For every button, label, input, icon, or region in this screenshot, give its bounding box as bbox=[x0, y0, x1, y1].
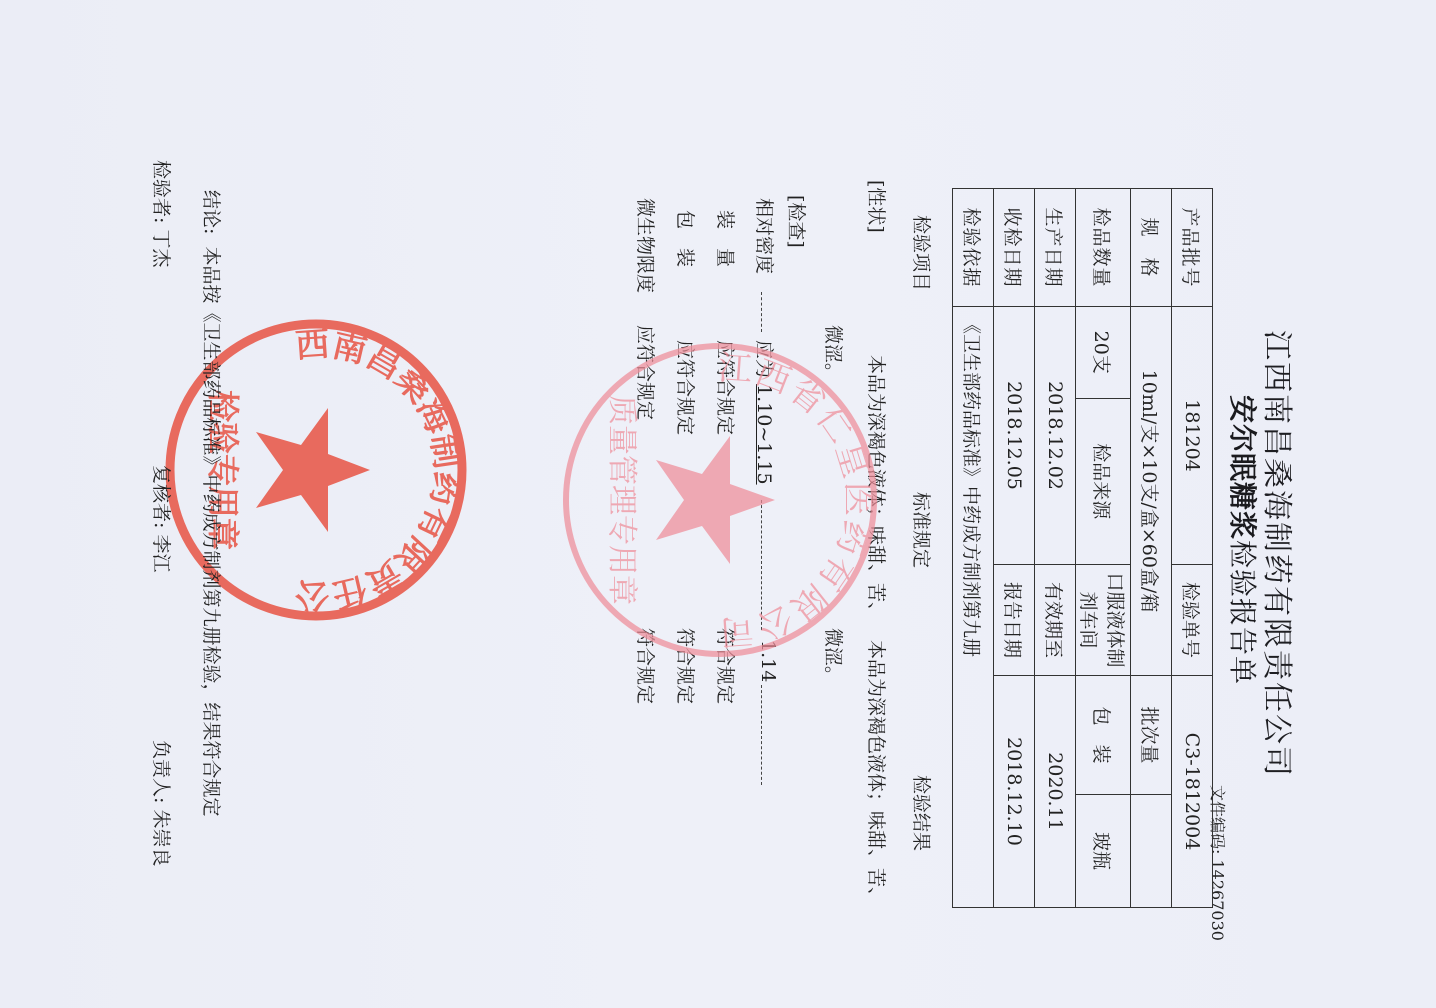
character-result: 本品为深褐色液体；味甜、苦、 bbox=[864, 640, 891, 906]
packaging-item: 包 装 bbox=[673, 210, 700, 267]
reviewer-signature: 复核者: 李江 bbox=[149, 465, 176, 572]
svg-text:质量管理专用章: 质量管理专用章 bbox=[604, 395, 639, 605]
product-name: 安尔眠糖浆 bbox=[1226, 395, 1259, 540]
reviewer-label: 复核者: bbox=[150, 465, 172, 528]
lot-size-value bbox=[1131, 795, 1172, 908]
conclusion-label: 结论: bbox=[200, 190, 222, 234]
table-row: 规 格 10ml/支×10支/盒×60盒/箱 批次量 bbox=[1131, 189, 1172, 908]
sample-source-value: 口服液体制剂车间 bbox=[1076, 565, 1131, 676]
conclusion-text: 本品按《卫生部药品标准》中药成方制剂第九册检验，结果符合规定 bbox=[200, 246, 222, 816]
manager-label: 负责人: bbox=[150, 740, 172, 803]
inspector-name: 丁杰 bbox=[150, 229, 172, 267]
company-name: 江西南昌桑海制药有限责任公司 bbox=[1258, 330, 1302, 778]
sample-source-label: 检品来源 bbox=[1076, 398, 1131, 565]
report-title: 安尔眠糖浆检验报告单 bbox=[1224, 395, 1264, 685]
report-no-label: 检验单号 bbox=[1172, 565, 1213, 676]
inspector-signature: 检验者: 丁杰 bbox=[149, 160, 176, 267]
product-info-table: 产品批号 181204 检验单号 C3-1812004 规 格 10ml/支×1… bbox=[952, 188, 1213, 908]
spec-label: 规 格 bbox=[1131, 189, 1172, 307]
density-dash-right bbox=[761, 685, 762, 785]
manager-name: 朱崇良 bbox=[150, 809, 172, 866]
section-inspection: [检查] bbox=[784, 195, 811, 248]
lot-size-label: 批次量 bbox=[1131, 676, 1172, 795]
batch-no-value: 181204 bbox=[1172, 307, 1213, 565]
table-row: 产品批号 181204 检验单号 C3-1812004 bbox=[1172, 189, 1213, 908]
fill-volume-item: 装 量 bbox=[713, 210, 740, 267]
basis-label: 检验依据 bbox=[953, 189, 994, 307]
microbial-item: 微生物限度 bbox=[633, 198, 660, 293]
inspection-report-page: 江西南昌桑海制药有限责任公司 安尔眠糖浆检验报告单 文件编码: 14267030… bbox=[0, 0, 1436, 1008]
inspector-label: 检验者: bbox=[150, 160, 172, 223]
report-date-label: 报告日期 bbox=[994, 565, 1035, 676]
report-date-value: 2018.12.10 bbox=[994, 676, 1035, 908]
production-date-label: 生产日期 bbox=[1035, 189, 1076, 307]
manager-signature: 负责人: 朱崇良 bbox=[149, 740, 176, 866]
quality-stamp: 江西省仁皇医药有限公司 质量管理专用章 bbox=[560, 340, 880, 660]
density-item: 相对密度 bbox=[752, 198, 779, 274]
conclusion: 结论: 本品按《卫生部药品标准》中药成方制剂第九册检验，结果符合规定 bbox=[199, 190, 226, 816]
expiry-value: 2020.11 bbox=[1035, 676, 1076, 908]
reviewer-name: 李江 bbox=[150, 534, 172, 572]
table-row: 检验依据 《卫生部药品标准》中药成方制剂第九册 bbox=[953, 189, 994, 908]
quality-stamp-graphic: 江西省仁皇医药有限公司 质量管理专用章 bbox=[560, 340, 880, 660]
col-item-header: 检验项目 bbox=[909, 215, 936, 291]
spec-value: 10ml/支×10支/盒×60盒/箱 bbox=[1131, 307, 1172, 676]
density-dash-left bbox=[761, 292, 762, 332]
basis-value: 《卫生部药品标准》中药成方制剂第九册 bbox=[953, 307, 994, 908]
section-character: [性状] bbox=[864, 180, 891, 233]
received-date-value: 2018.12.05 bbox=[994, 307, 1035, 565]
report-no-value: C3-1812004 bbox=[1172, 676, 1213, 908]
batch-no-label: 产品批号 bbox=[1172, 189, 1213, 307]
col-result-header: 检验结果 bbox=[909, 775, 936, 851]
title-suffix: 检验报告单 bbox=[1226, 540, 1259, 685]
sample-qty-value: 20支 bbox=[1076, 307, 1131, 399]
table-row: 收检日期 2018.12.05 报告日期 2018.12.10 bbox=[994, 189, 1035, 908]
packaging-value: 玻瓶 bbox=[1076, 795, 1131, 908]
expiry-label: 有效期至 bbox=[1035, 565, 1076, 676]
table-row: 检品数量 20支 检品来源 口服液体制剂车间 包 装 玻瓶 bbox=[1076, 189, 1131, 908]
table-row: 生产日期 2018.12.02 有效期至 2020.11 bbox=[1035, 189, 1076, 908]
sample-qty-label: 检品数量 bbox=[1076, 189, 1131, 307]
received-date-label: 收检日期 bbox=[994, 189, 1035, 307]
packaging-label: 包 装 bbox=[1076, 676, 1131, 795]
production-date-value: 2018.12.02 bbox=[1035, 307, 1076, 565]
col-standard-header: 标准规定 bbox=[909, 492, 936, 568]
